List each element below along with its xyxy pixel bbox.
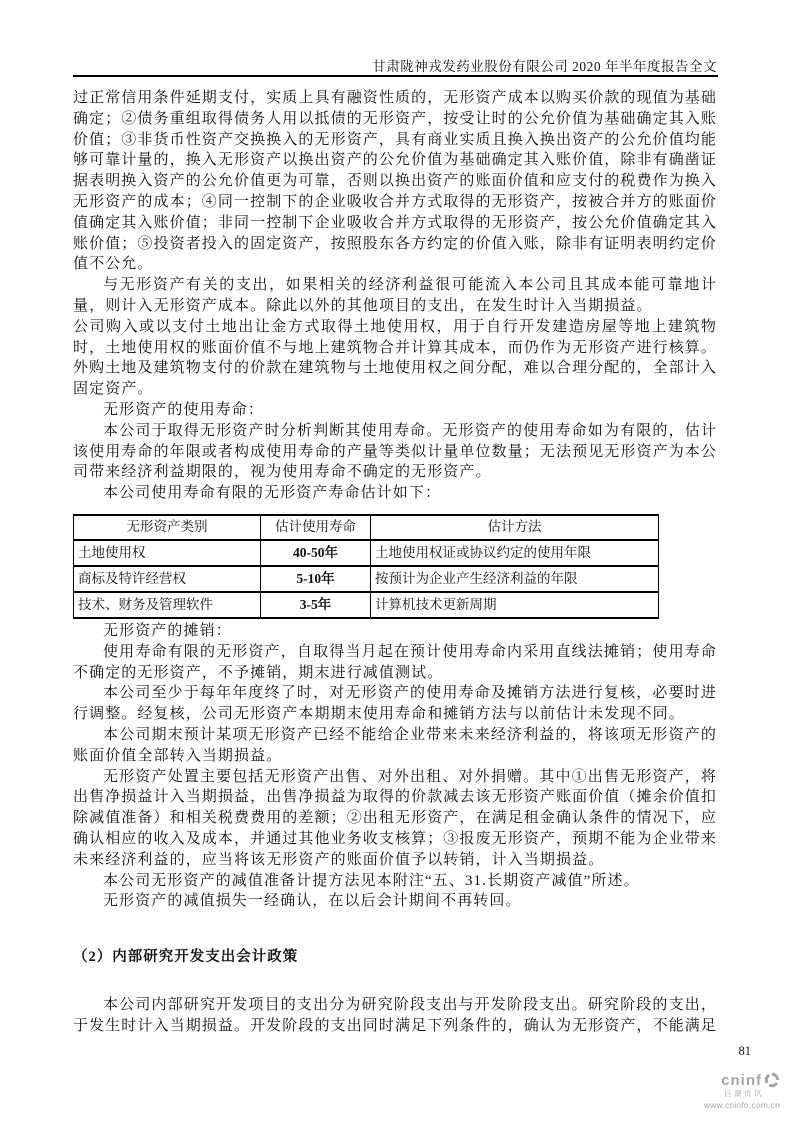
header-divider	[73, 75, 718, 77]
paragraph: 本公司于取得无形资产时分析判断其使用寿命。无形资产的使用寿命如为有限的，估计该使…	[73, 421, 717, 483]
estimated-life-cell: 5-10年	[261, 566, 371, 592]
estimate-method-cell: 土地使用权证或协议约定的使用年限	[371, 540, 659, 566]
page-number: 81	[739, 1044, 752, 1059]
paragraph: 本公司内部研究开发项目的支出分为研究阶段支出与开发阶段支出。研究阶段的支出，于发…	[73, 995, 717, 1037]
column-header-estimate-method: 估计方法	[371, 515, 659, 540]
asset-type-cell: 商标及特许经营权	[74, 566, 261, 592]
estimated-life-cell: 3-5年	[261, 592, 371, 618]
cninfo-chinese-name: 巨潮资讯	[690, 1090, 764, 1098]
cninfo-brand-text: cninf	[721, 1073, 762, 1088]
paragraph: 本公司使用寿命有限的无形资产寿命估计如下：	[73, 483, 717, 504]
table-row: 技术、财务及管理软件 3-5年 计算机技术更新周期	[74, 592, 659, 618]
paragraph: 无形资产的摊销：	[73, 621, 717, 642]
cninfo-swirl-icon	[764, 1072, 780, 1088]
table-header-row: 无形资产类别 估计使用寿命 估计方法	[74, 515, 659, 540]
estimate-method-cell: 按预计为企业产生经济利益的年限	[371, 566, 659, 592]
paragraph: 公司购入或以支付土地出让金方式取得土地使用权，用于自行开发建造房屋等地上建筑物时…	[73, 317, 717, 400]
section-heading: （2）内部研究开发支出会计政策	[73, 947, 717, 968]
paragraph: 本公司期末预计某项无形资产已经不能给企业带来未来经济利益的，将该项无形资产的账面…	[73, 725, 717, 767]
intangible-assets-life-table: 无形资产类别 估计使用寿命 估计方法 土地使用权 40-50年 土地使用权证或协…	[73, 514, 659, 619]
estimate-method-cell: 计算机技术更新周期	[371, 592, 659, 618]
estimated-life-cell: 40-50年	[261, 540, 371, 566]
column-header-asset-type: 无形资产类别	[74, 515, 261, 540]
asset-type-cell: 技术、财务及管理软件	[74, 592, 261, 618]
column-header-estimated-life: 估计使用寿命	[261, 515, 371, 540]
asset-type-cell: 土地使用权	[74, 540, 261, 566]
table-row: 商标及特许经营权 5-10年 按预计为企业产生经济利益的年限	[74, 566, 659, 592]
paragraph: 无形资产处置主要包括无形资产出售、对外出租、对外捐赠。其中①出售无形资产，将出售…	[73, 767, 717, 871]
paragraph: 过正常信用条件延期支付，实质上具有融资性质的，无形资产成本以购买价款的现值为基础…	[73, 88, 717, 275]
document-body: 过正常信用条件延期支付，实质上具有融资性质的，无形资产成本以购买价款的现值为基础…	[73, 88, 717, 1036]
cninfo-logo: cninf 巨潮资讯 www.cninfo.com.cn	[690, 1072, 780, 1109]
cninfo-url: www.cninfo.com.cn	[690, 1101, 780, 1110]
paragraph: 与无形资产有关的支出，如果相关的经济利益很可能流入本公司且其成本能可靠地计量，则…	[73, 275, 717, 317]
page-header-title: 甘肃陇神戎发药业股份有限公司 2020 年半年度报告全文	[372, 55, 717, 75]
paragraph: 使用寿命有限的无形资产，自取得当月起在预计使用寿命内采用直线法摊销；使用寿命不确…	[73, 642, 717, 684]
paragraph: 本公司无形资产的减值准备计提方法见本附注“五、31.长期资产减值”所述。	[73, 871, 717, 892]
paragraph: 无形资产的减值损失一经确认，在以后会计期间不再转回。	[73, 891, 717, 912]
report-page: 甘肃陇神戎发药业股份有限公司 2020 年半年度报告全文 过正常信用条件延期支付…	[0, 0, 793, 1122]
paragraph: 本公司至少于每年年度终了时，对无形资产的使用寿命及摊销方法进行复核，必要时进行调…	[73, 683, 717, 725]
table-row: 土地使用权 40-50年 土地使用权证或协议约定的使用年限	[74, 540, 659, 566]
paragraph: 无形资产的使用寿命：	[73, 400, 717, 421]
